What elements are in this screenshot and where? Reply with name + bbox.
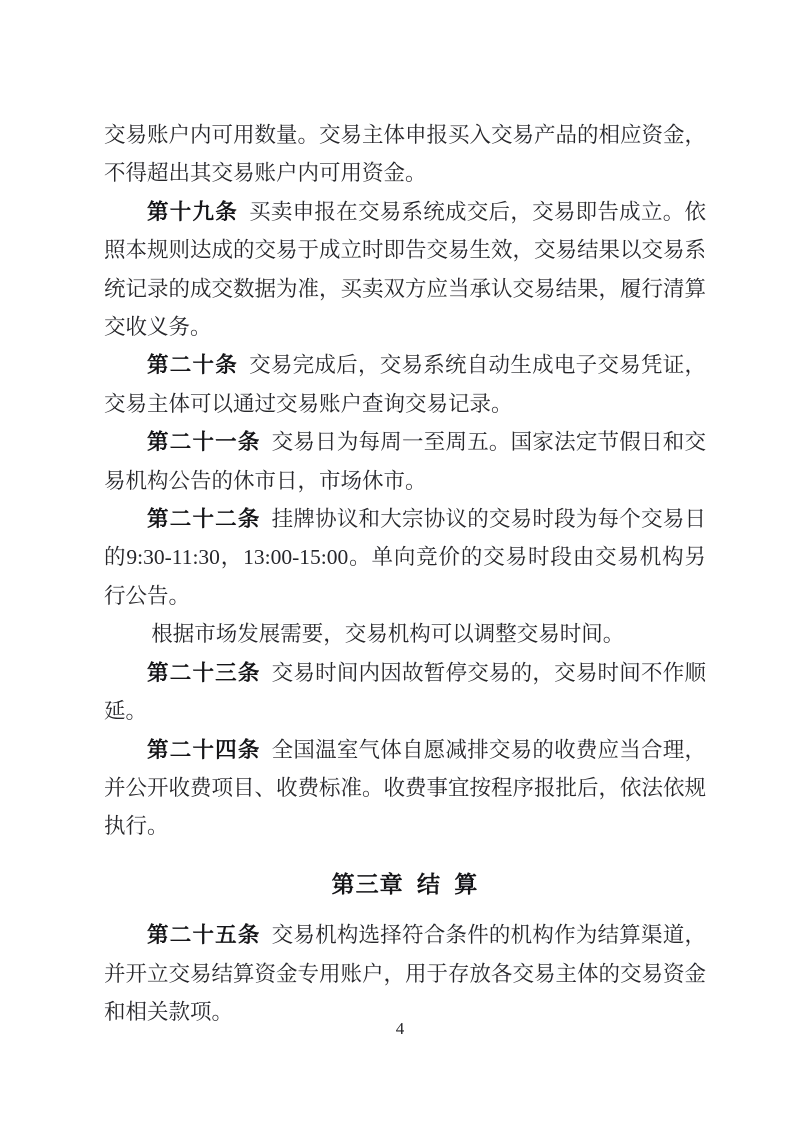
document-page: 交易账户内可用数量。交易主体申报买入交易产品的相应资金，不得超出其交易账户内可用… <box>0 0 800 1131</box>
chapter-heading: 第三章 结 算 <box>104 865 706 903</box>
continuation-paragraph: 交易账户内可用数量。交易主体申报买入交易产品的相应资金，不得超出其交易账户内可用… <box>104 116 706 193</box>
document-body: 交易账户内可用数量。交易主体申报买入交易产品的相应资金，不得超出其交易账户内可用… <box>104 116 706 1031</box>
article-number-label: 第二十条 <box>147 353 238 377</box>
article-number-label: 第二十五条 <box>147 923 261 947</box>
page-number: 4 <box>0 1018 800 1040</box>
article-paragraph: 第十九条买卖申报在交易系统成交后，交易即告成立。依照本规则达成的交易于成立时即告… <box>104 193 706 347</box>
article-number-label: 第十九条 <box>147 200 238 224</box>
article-number-label: 第二十三条 <box>147 661 261 685</box>
article-paragraph: 第二十四条全国温室气体自愿减排交易的收费应当合理，并公开收费项目、收费标准。收费… <box>104 731 706 846</box>
article-number-label: 第二十二条 <box>147 507 261 531</box>
article-paragraph: 第二十条交易完成后，交易系统自动生成电子交易凭证，交易主体可以通过交易账户查询交… <box>104 346 706 423</box>
indented-paragraph: 根据市场发展需要，交易机构可以调整交易时间。 <box>104 615 706 653</box>
article-number-label: 第二十一条 <box>147 430 261 454</box>
article-paragraph: 第二十三条交易时间内因故暂停交易的，交易时间不作顺延。 <box>104 654 706 731</box>
article-number-label: 第二十四条 <box>147 738 261 762</box>
article-paragraph: 第二十一条交易日为每周一至周五。国家法定节假日和交易机构公告的休市日，市场休市。 <box>104 423 706 500</box>
article-paragraph: 第二十五条交易机构选择符合条件的机构作为结算渠道，并开立交易结算资金专用账户，用… <box>104 916 706 1031</box>
article-paragraph: 第二十二条挂牌协议和大宗协议的交易时段为每个交易日的9:30-11:30，13:… <box>104 500 706 615</box>
